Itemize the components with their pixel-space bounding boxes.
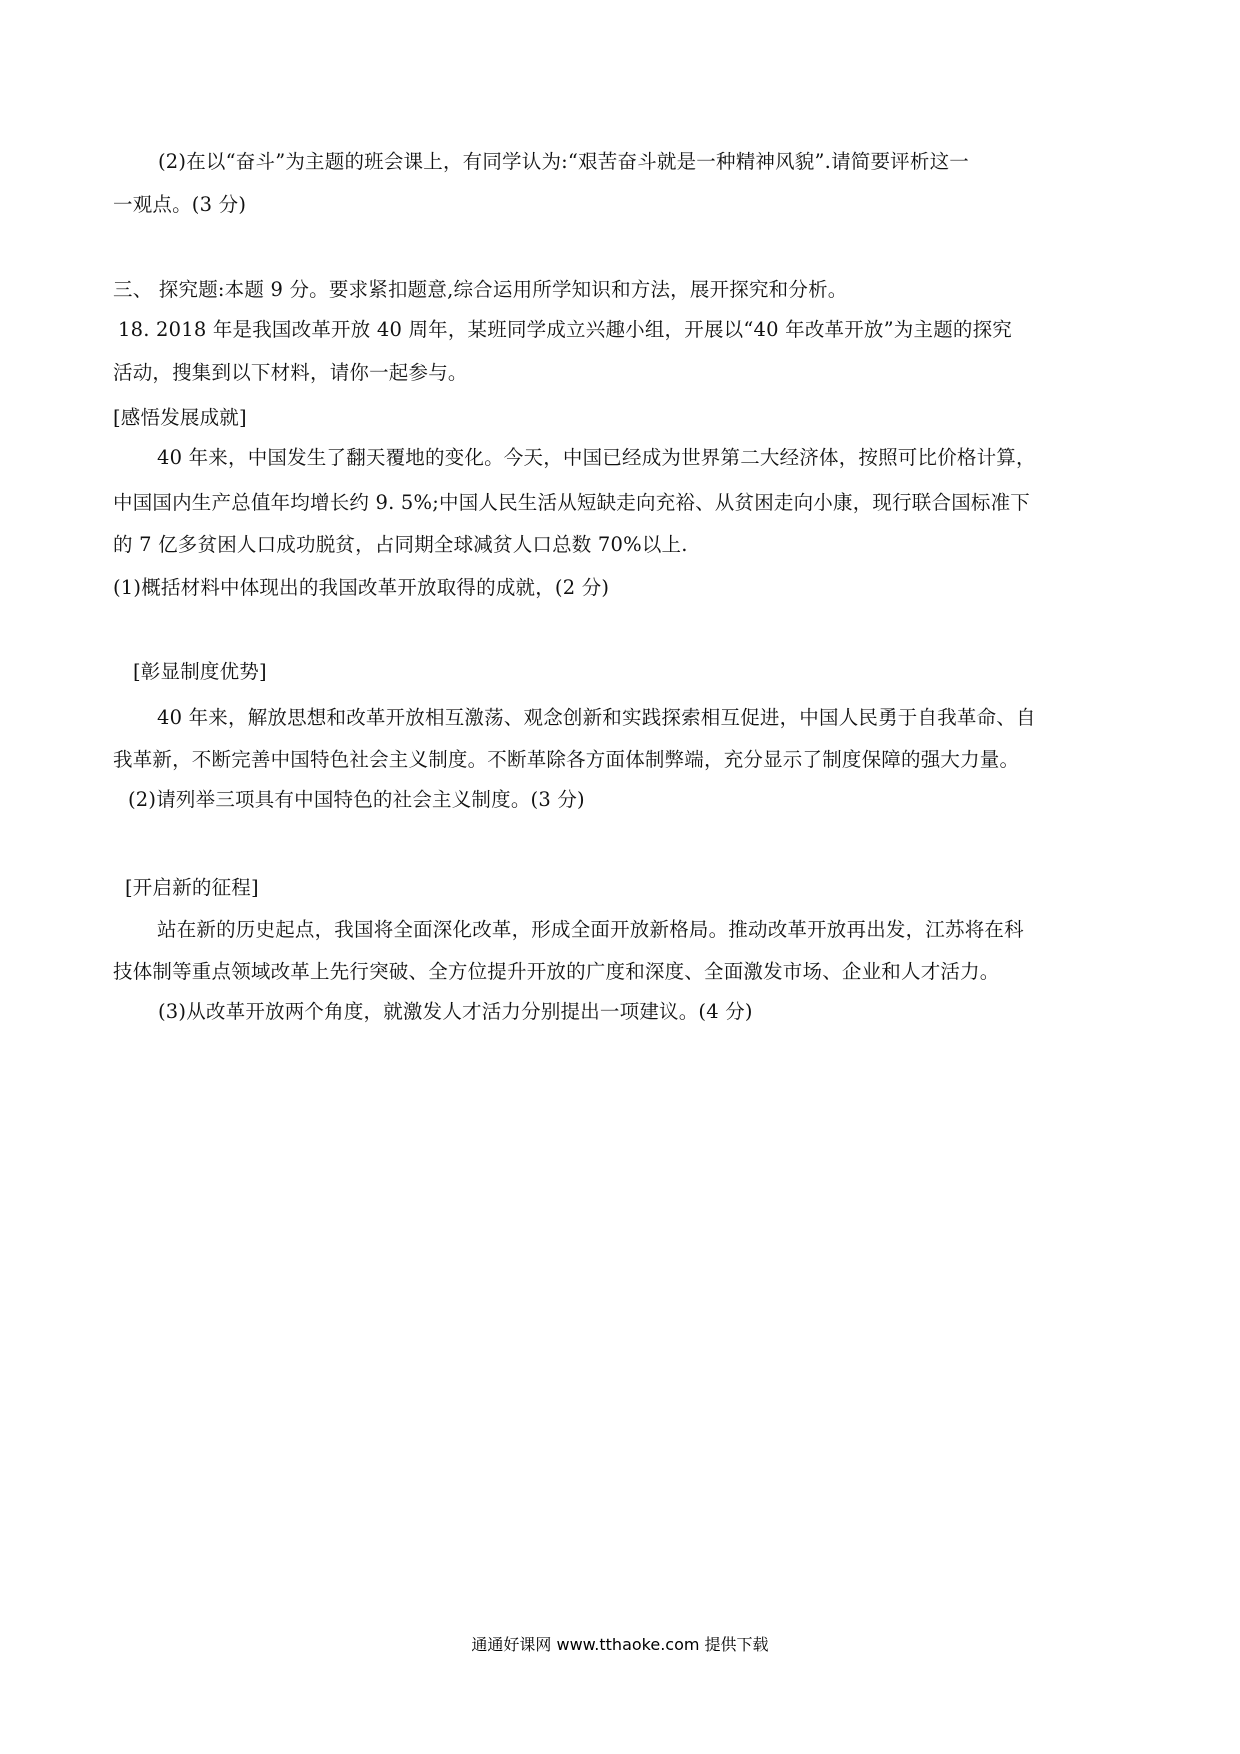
part-1-material-line-2: 中国国内生产总值年均增长约 9. 5%;中国人民生活从短缺走向充裕、从贫困走向小… — [113, 491, 1030, 515]
part-3-title: [开启新的征程] — [125, 876, 259, 900]
part-3-question: (3)从改革开放两个角度，就激发人才活力分别提出一项建议。(4 分) — [158, 1000, 753, 1024]
part-1-material-line-1: 40 年来，中国发生了翻天覆地的变化。今天，中国已经成为世界第二大经济体，按照可… — [157, 446, 1036, 470]
part-2-material-line-2: 我革新，不断完善中国特色社会主义制度。不断革除各方面体制弊端，充分显示了制度保障… — [113, 748, 1019, 772]
part-2-material-line-1: 40 年来，解放思想和改革开放相互激荡、观念创新和实践探索相互促进，中国人民勇于… — [157, 706, 1036, 730]
question-18-intro-line-1: 18. 2018 年是我国改革开放 40 周年，某班同学成立兴趣小组，开展以“4… — [118, 318, 1012, 342]
part-2-question: (2)请列举三项具有中国特色的社会主义制度。(3 分) — [128, 788, 585, 812]
section-3-heading: 三、 探究题:本题 9 分。要求紧扣题意,综合运用所学知识和方法，展开探究和分析… — [113, 278, 847, 302]
question-18-intro-line-2: 活动，搜集到以下材料，请你一起参与。 — [113, 361, 468, 385]
question-2-text-line-2: 一观点。(3 分) — [113, 193, 246, 217]
question-2-text-line-1: (2)在以“奋斗”为主题的班会课上，有同学认为:“艰苦奋斗就是一种精神风貌”.请… — [158, 150, 969, 174]
part-3-material-line-2: 技体制等重点领域改革上先行突破、全方位提升开放的广度和深度、全面激发市场、企业和… — [113, 960, 1000, 984]
part-2-title: [彰显制度优势] — [133, 660, 267, 684]
part-1-title: [感悟发展成就] — [113, 406, 247, 430]
part-3-material-line-1: 站在新的历史起点，我国将全面深化改革，形成全面开放新格局。推动改革开放再出发，江… — [157, 918, 1024, 942]
part-1-question: (1)概括材料中体现出的我国改革开放取得的成就，(2 分) — [113, 576, 609, 600]
part-1-material-line-3: 的 7 亿多贫困人口成功脱贫，占同期全球减贫人口总数 70%以上. — [113, 533, 688, 557]
download-source-footer: 通通好课网 www.tthaoke.com 提供下载 — [0, 1634, 1240, 1656]
